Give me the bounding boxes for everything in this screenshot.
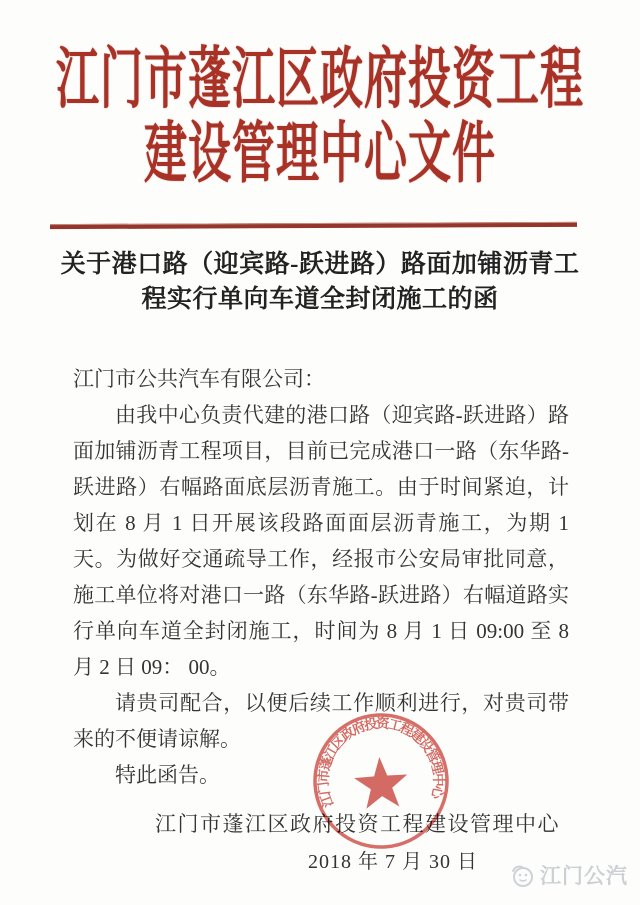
red-divider-rule (50, 222, 577, 229)
letterhead-line-1: 江门市蓬江区政府投资工程 (0, 44, 640, 118)
scanned-official-letter: 江门市蓬江区政府投资工程 建设管理中心文件 关于港口路（迎宾路-跃进路）路面加铺… (0, 0, 640, 905)
document-title-line-1: 关于港口路（迎宾路-跃进路）路面加铺沥青工 (40, 247, 600, 282)
five-pointed-star-icon (353, 755, 410, 809)
letterhead: 江门市蓬江区政府投资工程 建设管理中心文件 (0, 44, 640, 193)
body-paragraph: 由我中心负责代建的港口路（迎宾路-跃进路）路面加铺沥青工程项目，目前已完成港口一… (73, 397, 569, 685)
salutation: 江门市公共汽车有限公司： (73, 361, 569, 397)
official-seal: 江门市蓬江区政府投资工程建设管理中心 (301, 701, 461, 861)
document-title: 关于港口路（迎宾路-跃进路）路面加铺沥青工 程实行单向车道全封闭施工的函 (40, 247, 600, 317)
letterhead-line-2: 建设管理中心文件 (0, 118, 640, 192)
document-title-line-2: 程实行单向车道全封闭施工的函 (40, 282, 600, 317)
